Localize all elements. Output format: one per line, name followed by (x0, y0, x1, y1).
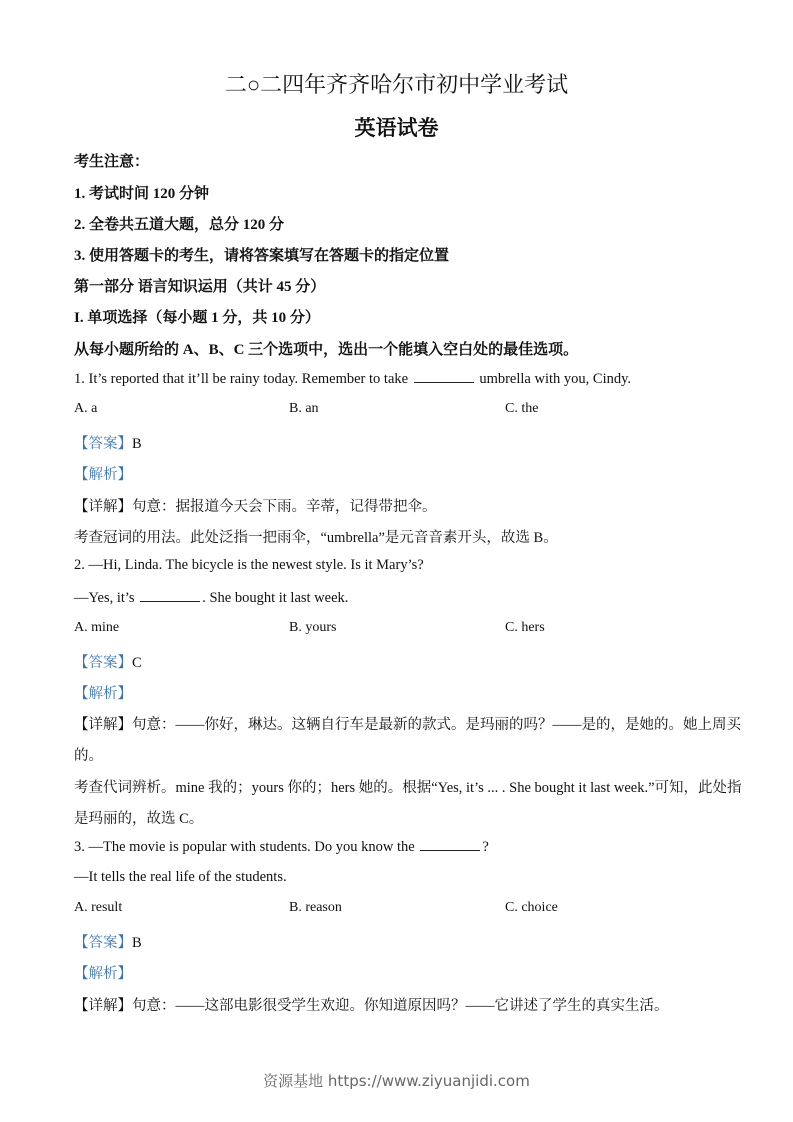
answer-blank (140, 589, 200, 602)
part-title: 第一部分 语言知识运用（共计 45 分） (74, 275, 325, 296)
exam-subtitle: 英语试卷 (0, 112, 793, 142)
stem-text: ? (482, 839, 488, 855)
exam-title: 二○二四年齐齐哈尔市初中学业考试 (0, 68, 793, 99)
answer-label: 【答案】 (74, 655, 132, 671)
option-c: C. choice (505, 900, 558, 916)
answer-blank (420, 838, 480, 851)
option-c: C. the (505, 401, 538, 417)
question-3-stem: 3. —The movie is popular with students. … (74, 838, 489, 856)
option-a: A. mine (74, 620, 119, 636)
stem-text: . She bought it last week. (202, 590, 348, 606)
analysis-label: 【解析】 (74, 962, 132, 983)
detail-text: 句意：据报道今天会下雨。辛蒂，记得带把伞。 (132, 499, 437, 515)
option-a: A. a (74, 401, 97, 417)
answer-value: C (132, 655, 142, 671)
option-b: B. an (289, 401, 319, 417)
stem-text: 1. It’s reported that it’ll be rainy tod… (74, 371, 408, 387)
option-c: C. hers (505, 620, 545, 636)
detail-text: 句意：——你好，琳达。这辆自行车是最新的款式。是玛丽的吗？——是的，是她的。她上… (132, 717, 741, 733)
explanation-text: 考查代词辨析。mine 我的；yours 你的；hers 她的。根据“Yes, … (74, 776, 742, 797)
answer-blank (414, 370, 474, 383)
notice-item: 1. 考试时间 120 分钟 (74, 182, 209, 203)
answer-value: B (132, 935, 142, 951)
answer-label: 【答案】 (74, 935, 132, 951)
explanation-text-cont: 是玛丽的，故选 C。 (74, 807, 203, 828)
answer-value: B (132, 436, 142, 452)
question-3-stem-line2: —It tells the real life of the students. (74, 869, 287, 886)
option-b: B. reason (289, 900, 342, 916)
explanation-text: 考查冠词的用法。此处泛指一把雨伞，“umbrella”是元音音素开头，故选 B。 (74, 526, 558, 547)
option-b: B. yours (289, 620, 336, 636)
watermark-footer: 资源基地 https://www.ziyuanjidi.com (0, 1070, 793, 1091)
detail-line: 【详解】句意：——你好，琳达。这辆自行车是最新的款式。是玛丽的吗？——是的，是她… (74, 713, 741, 734)
stem-text: umbrella with you, Cindy. (479, 371, 631, 387)
section-title: I. 单项选择（每小题 1 分，共 10 分） (74, 306, 320, 327)
question-2-stem-line2: —Yes, it’s . She bought it last week. (74, 589, 348, 607)
question-1-stem: 1. It’s reported that it’ll be rainy tod… (74, 370, 631, 388)
answer-line: 【答案】C (74, 651, 142, 672)
detail-text-cont: 的。 (74, 744, 103, 765)
analysis-label: 【解析】 (74, 682, 132, 703)
notice-item: 2. 全卷共五道大题，总分 120 分 (74, 213, 284, 234)
question-2-stem: 2. —Hi, Linda. The bicycle is the newest… (74, 557, 424, 574)
detail-line: 【详解】句意：——这部电影很受学生欢迎。你知道原因吗？——它讲述了学生的真实生活… (74, 994, 669, 1015)
option-a: A. result (74, 900, 122, 916)
answer-line: 【答案】B (74, 931, 142, 952)
analysis-label: 【解析】 (74, 463, 132, 484)
detail-label: 【详解】 (74, 717, 132, 733)
answer-label: 【答案】 (74, 436, 132, 452)
stem-text: —Yes, it’s (74, 590, 135, 606)
section-instruction: 从每小题所给的 A、B、C 三个选项中，选出一个能填入空白处的最佳选项。 (74, 338, 578, 359)
answer-line: 【答案】B (74, 432, 142, 453)
detail-label: 【详解】 (74, 998, 132, 1014)
notice-item: 3. 使用答题卡的考生，请将答案填写在答题卡的指定位置 (74, 244, 449, 265)
stem-text: 3. —The movie is popular with students. … (74, 839, 415, 855)
detail-line: 【详解】句意：据报道今天会下雨。辛蒂，记得带把伞。 (74, 495, 437, 516)
detail-label: 【详解】 (74, 499, 132, 515)
detail-text: 句意：——这部电影很受学生欢迎。你知道原因吗？——它讲述了学生的真实生活。 (132, 998, 669, 1014)
notice-heading: 考生注意： (74, 150, 149, 171)
